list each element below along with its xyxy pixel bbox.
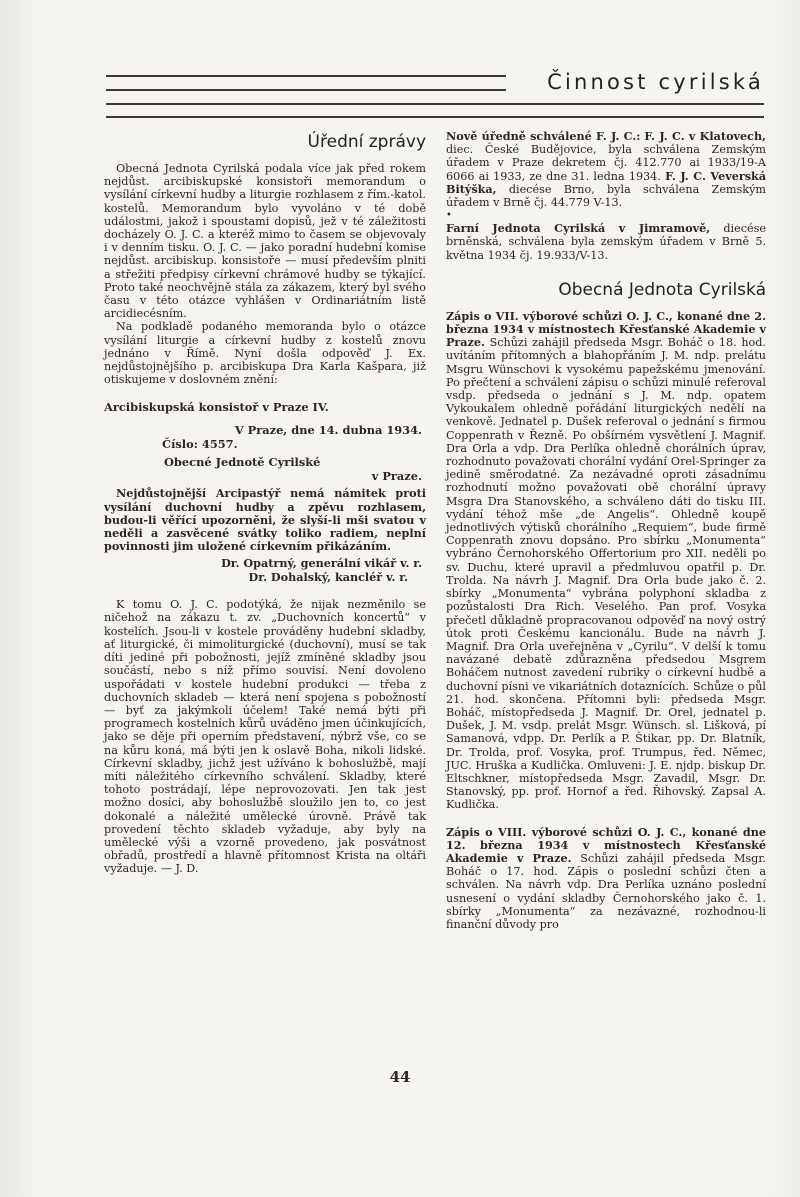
scanned-page: Činnost cyrilská Úřední zprávy Obecná Je… [0,0,800,1197]
header-rule [106,75,506,77]
bullet-separator: • [446,211,766,221]
letter-date: V Praze, dne 14. dubna 1934. [104,423,426,437]
paragraph-jimramov: Farní Jednota Cyrilská v Jimramově, diec… [446,222,766,262]
paragraph-memorandum: Obecná Jednota Cyrilská podala více jak … [104,162,426,320]
header-rule [106,89,506,91]
letter-addressee: Obecné Jednotě Cyrilské [164,455,426,469]
letter-heading: Arcibiskupská konsistoř v Praze IV. [104,400,426,414]
header-rule [106,103,764,105]
paragraph-new-fjc: Nově úředně schválené F. J. C.: F. J. C.… [446,130,766,209]
right-column: Nově úředně schválené F. J. C.: F. J. C.… [446,130,766,931]
paragraph-minutes-viii: Zápis o VIII. výborové schůzi O. J. C., … [446,826,766,932]
letter-body: Nejdůstojnější Arcipastýř nemá námitek p… [104,487,426,553]
consistory-letter: Arcibiskupská konsistoř v Praze IV. V Pr… [104,400,426,584]
letter-number: Číslo: 4557. [162,437,426,451]
minutes-vii-text: Schůzi zahájil předseda Msgr. Boháč o 18… [446,336,766,811]
page-header: Činnost cyrilská [106,66,764,116]
signature-vicar: Dr. Opatrný, generální vikář v. r. [104,557,426,570]
fjc-klatovy: F. J. C. v Klatovech, [644,129,766,143]
letter-city: v Praze. [104,469,426,483]
section-title-official-news: Úřední zprávy [104,130,426,154]
paragraph-minutes-vii: Zápis o VII. výborové schůzi O. J. C., k… [446,310,766,812]
paragraph-concerts: K tomu O. J. C. podotýká, že nijak nezmě… [104,598,426,875]
paragraph-rome-response: Na podkladě podaného memoranda bylo o ot… [104,320,426,386]
page-number: 44 [0,1068,800,1086]
jimramov-lead: Farní Jednota Cyrilská v Jimramově, [446,221,710,235]
left-column: Úřední zprávy Obecná Jednota Cyrilská po… [104,130,426,876]
signature-chancellor: Dr. Dohalský, kancléř v. r. [104,571,426,584]
running-title: Činnost cyrilská [547,66,764,98]
fjc-lead: Nově úředně schválené F. J. C.: [446,129,640,143]
section-title-ojc: Obecná Jednota Cyrilská [446,278,766,302]
header-rule [106,116,764,118]
